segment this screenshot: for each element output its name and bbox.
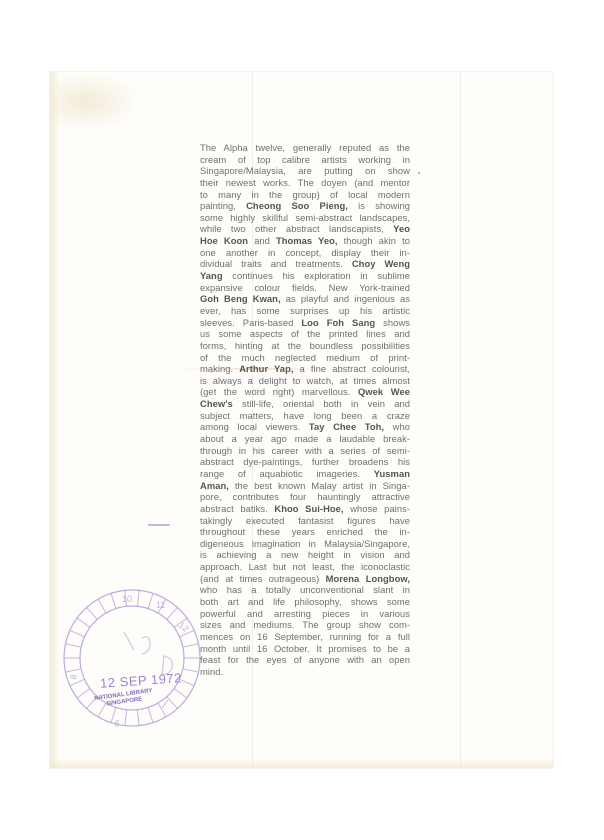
- svg-text:6: 6: [114, 718, 121, 729]
- article-line: some highly skillful semi-abstract lands…: [200, 212, 410, 224]
- svg-text:10: 10: [122, 594, 132, 604]
- article-text: whose pains-: [344, 503, 410, 514]
- article-text: a fine abstract colourist,: [294, 363, 410, 374]
- article-line: painting, Cheong Soo Pieng, is showing: [200, 200, 410, 212]
- article-text: as playful and ingenious as: [281, 293, 410, 304]
- article-line: approach. Last but not least, the iconoc…: [200, 561, 410, 573]
- article-line: month until 16 October. It promises to b…: [200, 643, 410, 655]
- article-line: powerful and arresting pieces in various: [200, 608, 410, 620]
- article-line: one another in concept, display their in…: [200, 247, 410, 259]
- article-text: pore, contributes four hauntingly attrac…: [200, 491, 410, 502]
- article-line: throughout these years enriched the in-: [200, 526, 410, 538]
- article-text: subject matters, have long been a craze: [200, 410, 410, 421]
- article-line: mind.: [200, 666, 410, 678]
- article-line: digeneous imagination in Malaysia/Singap…: [200, 538, 410, 550]
- library-date-stamp: 10 11 12 8 6 12 SEP 1972 NATIONAL LIBRAR…: [56, 580, 204, 730]
- paper-stain: [50, 72, 140, 132]
- article-text: (get the word right) marvellous.: [200, 386, 358, 397]
- article-text: month until 16 October. It promises to b…: [200, 643, 410, 654]
- article-line: Singapore/Malaysia, are putting on show: [200, 165, 410, 177]
- article-line: to many in the group) of local modern: [200, 189, 410, 201]
- article-text: of the much neglected medium of print-: [200, 352, 410, 363]
- artist-name: Cheong Soo Pieng,: [246, 200, 348, 211]
- article-line: expansive colour fields. New York-traine…: [200, 282, 410, 294]
- article-text: dividual traits and treatments.: [200, 258, 352, 269]
- stamp-ring-icon: 10 11 12 8 6: [56, 580, 204, 730]
- article-line: is achieving a new height in vision and: [200, 549, 410, 561]
- artist-name: Hoe Koon: [200, 235, 248, 246]
- artist-name: Goh Beng Kwan,: [200, 293, 281, 304]
- artist-name: Qwek Wee: [358, 386, 410, 397]
- article-text: cream of top calibre artists working in: [200, 154, 410, 165]
- article-line: sizes and mediums. The group show com-: [200, 619, 410, 631]
- artist-name: Tay Chee Toh,: [309, 421, 384, 432]
- article-body: The Alpha twelve, generally reputed as t…: [200, 142, 410, 677]
- article-text: mences on 16 September, running for a fu…: [200, 631, 410, 642]
- artist-name: Morena Longbow,: [326, 573, 410, 584]
- article-text: while two other abstract landscapists,: [200, 223, 393, 234]
- article-line: ever, has some surprises up his artistic: [200, 305, 410, 317]
- article-line: us some aspects of the printed lines and: [200, 328, 410, 340]
- article-text: (and at times outrageous): [200, 573, 326, 584]
- article-text: some highly skillful semi-abstract lands…: [200, 212, 410, 223]
- article-line: of the much neglected medium of print-: [200, 352, 410, 364]
- article-text: their newest works. The doyen (and mento…: [200, 177, 410, 188]
- article-text: the best known Malay artist in Singa-: [229, 480, 410, 491]
- article-text: continues his exploration in sublime: [223, 270, 410, 281]
- article-text: The Alpha twelve, generally reputed as t…: [200, 142, 410, 153]
- article-text: making.: [200, 363, 239, 374]
- artist-name: Yang: [200, 270, 223, 281]
- article-text: though akin to: [338, 235, 410, 246]
- article-text: shows: [375, 317, 410, 328]
- article-text: is always a delight to watch, at times a…: [200, 375, 410, 386]
- article-line: pore, contributes four hauntingly attrac…: [200, 491, 410, 503]
- article-line: subject matters, have long been a craze: [200, 410, 410, 422]
- article-line: their newest works. The doyen (and mento…: [200, 177, 410, 189]
- ink-speck: [418, 172, 420, 174]
- article-line: takingly executed fantasist figures have: [200, 515, 410, 527]
- article-text: painting,: [200, 200, 246, 211]
- article-text: both art and life philosophy, shows some: [200, 596, 410, 607]
- svg-text:8: 8: [68, 674, 79, 681]
- article-text: who has a totally unconventional slant i…: [200, 584, 410, 595]
- artist-name: Khoo Sui-Hoe,: [274, 503, 343, 514]
- artist-name: Chew's: [200, 398, 233, 409]
- article-text: forms, hinting at the boundless possibil…: [200, 340, 410, 351]
- article-text: is achieving a new height in vision and: [200, 549, 410, 560]
- article-line: range of aquabiotic imageries. Yusman: [200, 468, 410, 480]
- article-line: about a year ago made a laudable break-: [200, 433, 410, 445]
- article-text: is showing: [348, 200, 410, 211]
- article-line: mences on 16 September, running for a fu…: [200, 631, 410, 643]
- scanned-page: The Alpha twelve, generally reputed as t…: [50, 72, 553, 768]
- article-line: feast for the eyes of anyone with an ope…: [200, 654, 410, 666]
- article-line: cream of top calibre artists working in: [200, 154, 410, 166]
- article-text: throughout these years enriched the in-: [200, 526, 410, 537]
- article-line: dividual traits and treatments. Choy Wen…: [200, 258, 410, 270]
- article-text: us some aspects of the printed lines and: [200, 328, 410, 339]
- article-text: still-life, oriental both in vein and: [233, 398, 410, 409]
- svg-text:11: 11: [156, 600, 165, 610]
- artist-name: Yusman: [374, 468, 410, 479]
- svg-text:12: 12: [177, 620, 191, 634]
- article-text: Singapore/Malaysia, are putting on show: [200, 165, 410, 176]
- article-line: Aman, the best known Malay artist in Sin…: [200, 480, 410, 492]
- article-line: is always a delight to watch, at times a…: [200, 375, 410, 387]
- article-text: about a year ago made a laudable break-: [200, 433, 410, 444]
- article-text: among local viewers.: [200, 421, 309, 432]
- article-text: approach. Last but not least, the iconoc…: [200, 561, 410, 572]
- article-line: Hoe Koon and Thomas Yeo, though akin to: [200, 235, 410, 247]
- article-line: (and at times outrageous) Morena Longbow…: [200, 573, 410, 585]
- article-line: The Alpha twelve, generally reputed as t…: [200, 142, 410, 154]
- article-line: while two other abstract landscapists, Y…: [200, 223, 410, 235]
- article-text: range of aquabiotic imageries.: [200, 468, 374, 479]
- fold-line: [460, 72, 461, 768]
- article-line: through in his career with a series of s…: [200, 445, 410, 457]
- article-line: Goh Beng Kwan, as playful and ingenious …: [200, 293, 410, 305]
- article-text: abstract dye-paintings, further broadens…: [200, 456, 410, 467]
- article-text: one another in concept, display their in…: [200, 247, 410, 258]
- artist-name: Yeo: [393, 223, 410, 234]
- article-text: expansive colour fields. New York-traine…: [200, 282, 410, 293]
- artist-name: Loo Foh Sang: [301, 317, 375, 328]
- article-line: (get the word right) marvellous. Qwek We…: [200, 386, 410, 398]
- article-line: sleeves. Paris-based Loo Foh Sang shows: [200, 317, 410, 329]
- article-text: takingly executed fantasist figures have: [200, 515, 410, 526]
- article-line: among local viewers. Tay Chee Toh, who: [200, 421, 410, 433]
- artist-name: Aman,: [200, 480, 229, 491]
- article-text: through in his career with a series of s…: [200, 445, 410, 456]
- paper-edge-stain: [50, 758, 553, 768]
- article-line: Yang continues his exploration in sublim…: [200, 270, 410, 282]
- margin-pen-mark: [148, 524, 170, 526]
- article-line: both art and life philosophy, shows some: [200, 596, 410, 608]
- artist-name: Arthur Yap,: [239, 363, 293, 374]
- article-line: Chew's still-life, oriental both in vein…: [200, 398, 410, 410]
- article-line: forms, hinting at the boundless possibil…: [200, 340, 410, 352]
- article-text: sizes and mediums. The group show com-: [200, 619, 410, 630]
- article-text: sleeves. Paris-based: [200, 317, 301, 328]
- article-text: to many in the group) of local modern: [200, 189, 410, 200]
- article-text: and: [248, 235, 276, 246]
- article-line: abstract dye-paintings, further broadens…: [200, 456, 410, 468]
- article-line: making. Arthur Yap, a fine abstract colo…: [200, 363, 410, 375]
- article-line: who has a totally unconventional slant i…: [200, 584, 410, 596]
- article-text: digeneous imagination in Malaysia/Singap…: [200, 538, 410, 549]
- article-text: feast for the eyes of anyone with an ope…: [200, 654, 410, 665]
- article-line: abstract batiks. Khoo Sui-Hoe, whose pai…: [200, 503, 410, 515]
- artist-name: Choy Weng: [352, 258, 410, 269]
- article-text: abstract batiks.: [200, 503, 274, 514]
- article-text: who: [384, 421, 410, 432]
- article-text: ever, has some surprises up his artistic: [200, 305, 410, 316]
- artist-name: Thomas Yeo,: [276, 235, 338, 246]
- article-text: powerful and arresting pieces in various: [200, 608, 410, 619]
